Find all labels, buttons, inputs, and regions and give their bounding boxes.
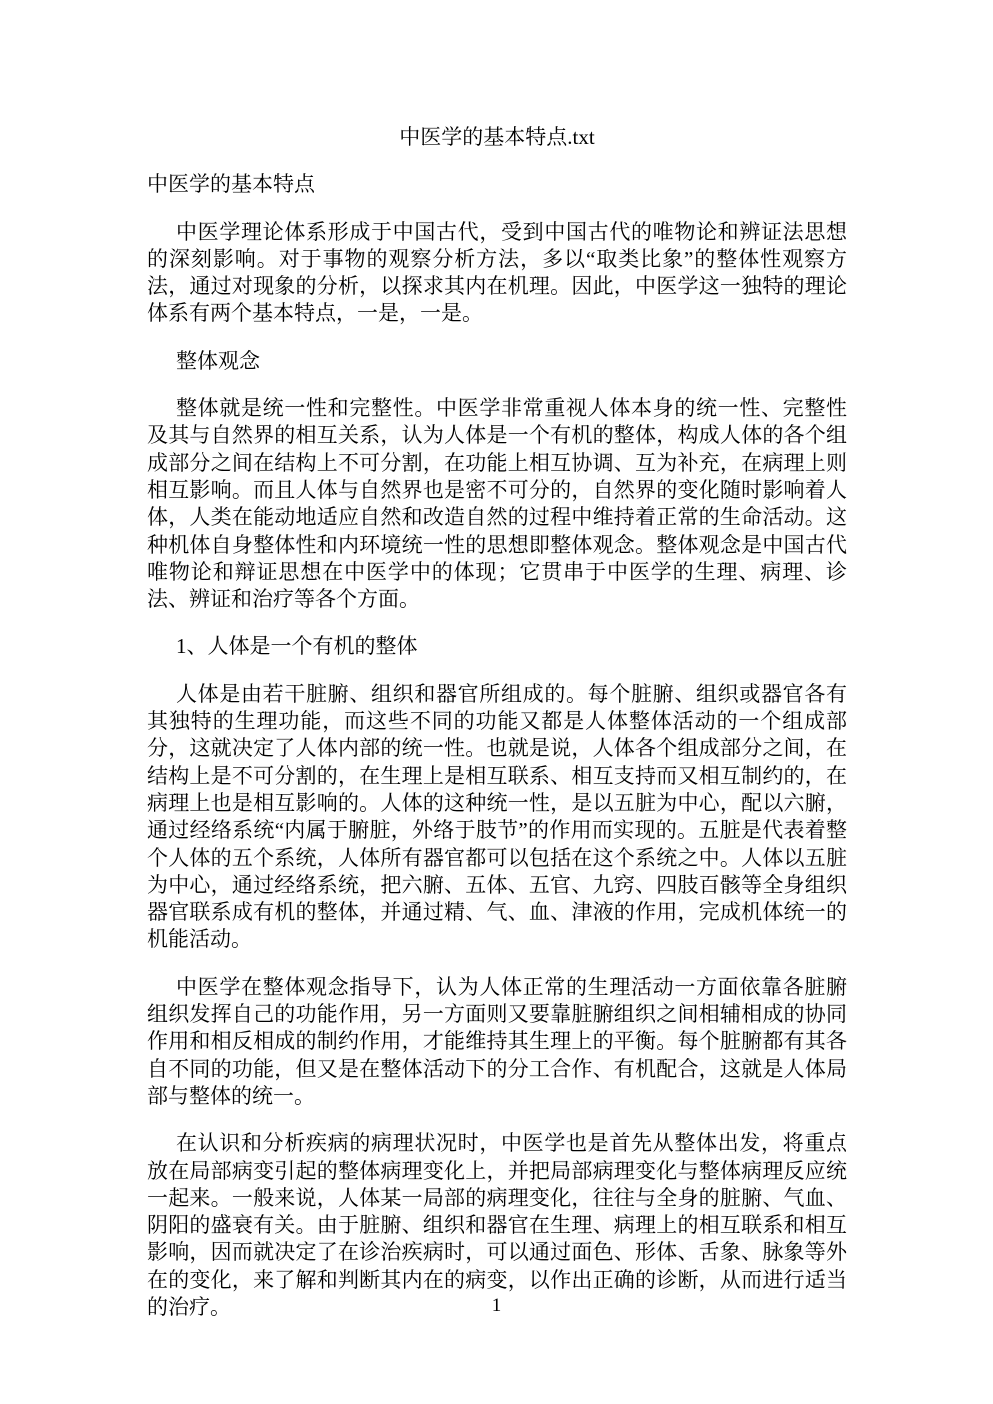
document-body: 中医学的基本特点.txt 中医学的基本特点 中医学理论体系形成于中国古代，受到中… xyxy=(147,124,847,1341)
paragraph-intro: 中医学理论体系形成于中国古代，受到中国古代的唯物论和辨证法思想的深刻影响。对于事… xyxy=(147,219,847,328)
paragraph-organic-whole: 人体是由若干脏腑、组织和器官所组成的。每个脏腑、组织或器官各有其独特的生理功能，… xyxy=(147,681,847,954)
paragraph-pathology-diagnosis: 在认识和分析疾病的病理状况时，中医学也是首先从整体出发，将重点放在局部病变引起的… xyxy=(147,1130,847,1321)
paragraph-physiology-balance: 中医学在整体观念指导下，认为人体正常的生理活动一方面依靠各脏腑组织发挥自己的功能… xyxy=(147,974,847,1110)
paragraph-holistic-overview: 整体就是统一性和完整性。中医学非常重视人体本身的统一性、完整性及其与自然界的相互… xyxy=(147,395,847,613)
main-heading: 中医学的基本特点 xyxy=(147,171,847,198)
document-title: 中医学的基本特点.txt xyxy=(147,124,847,151)
section-heading-holistic-concept: 整体观念 xyxy=(147,348,847,375)
document-page: 中医学的基本特点.txt 中医学的基本特点 中医学理论体系形成于中国古代，受到中… xyxy=(0,0,993,1404)
page-number: 1 xyxy=(0,1294,993,1318)
section-heading-organic-whole: 1、人体是一个有机的整体 xyxy=(147,633,847,660)
